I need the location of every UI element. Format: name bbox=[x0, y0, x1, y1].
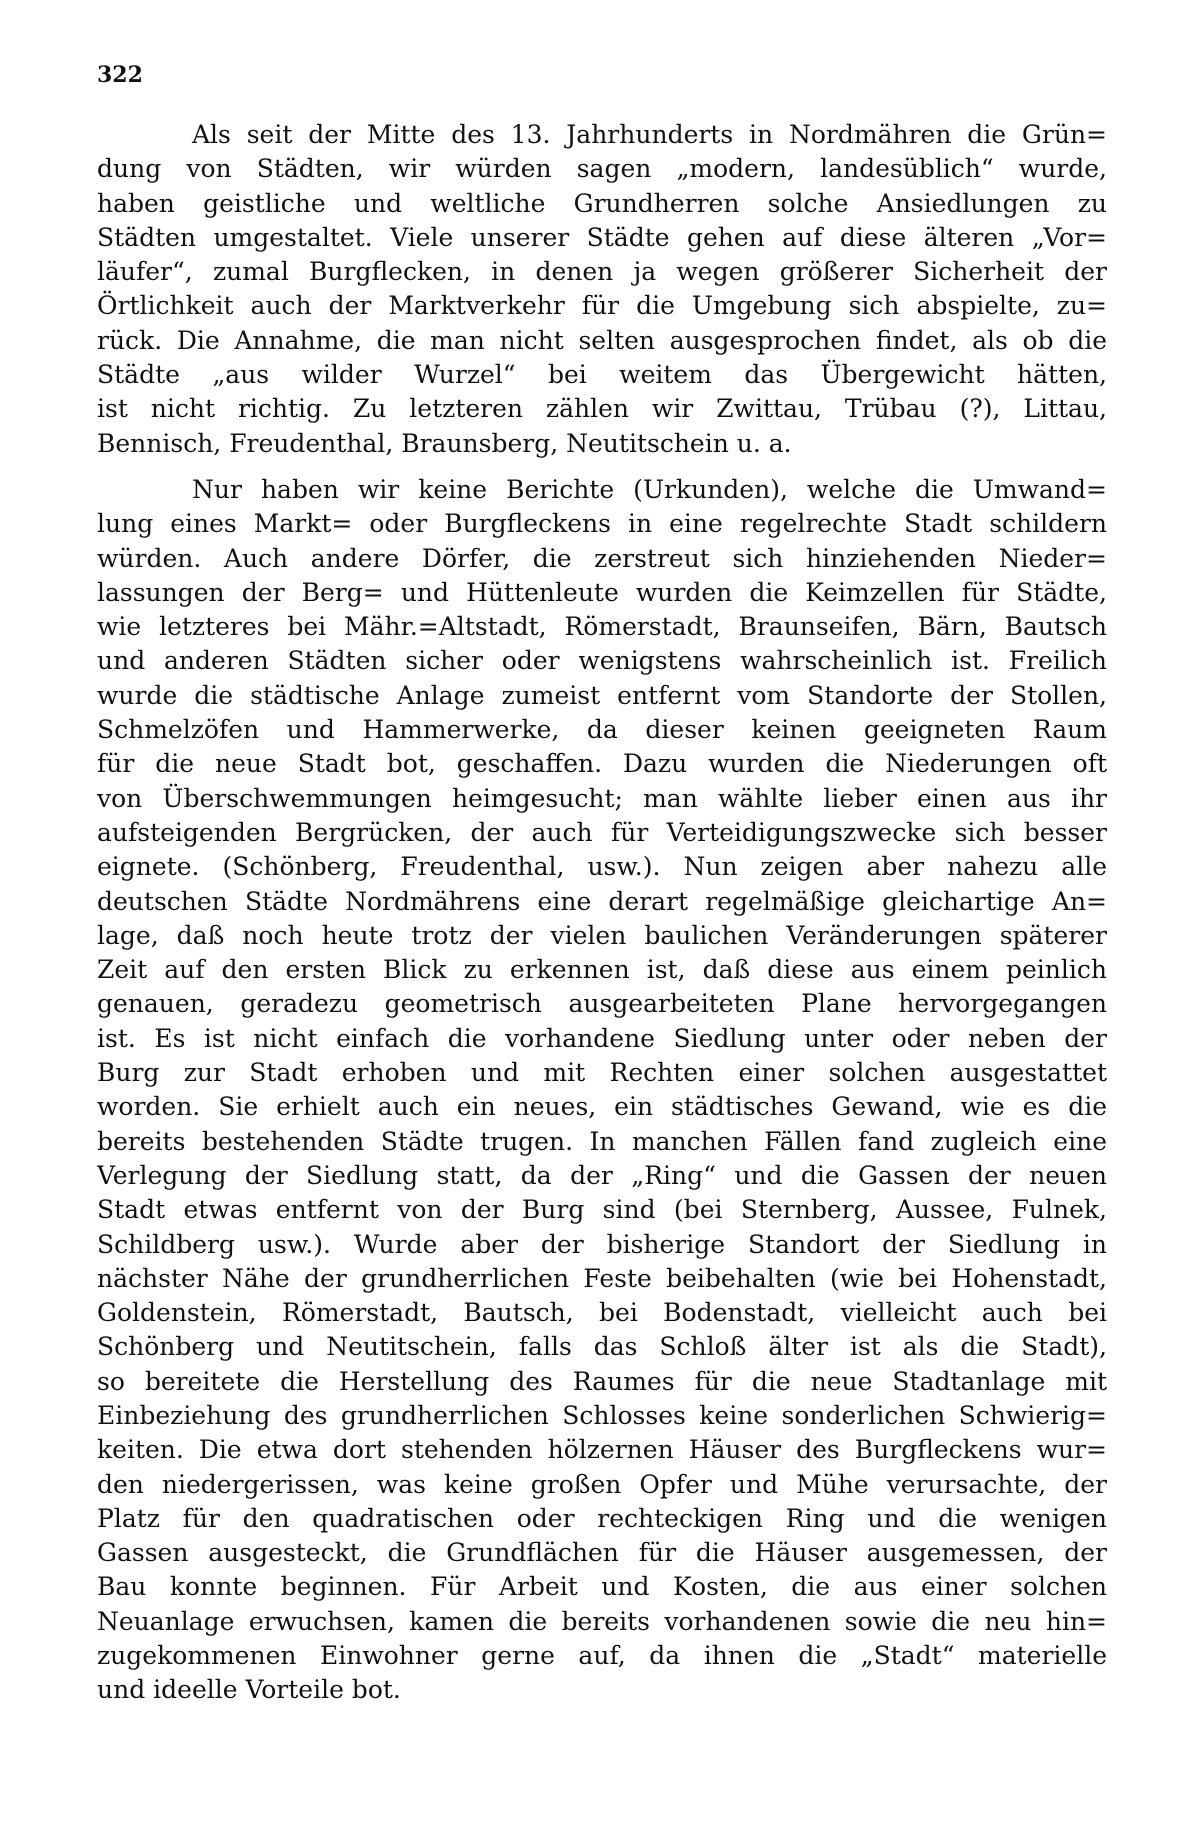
text-line: läufer“, zumal Burgflecken, in denen ja … bbox=[97, 255, 1107, 289]
text-line: Stadt etwas entfernt von der Burg sind (… bbox=[97, 1193, 1107, 1227]
text-line: genauen, geradezu geometrisch ausgearbei… bbox=[97, 987, 1107, 1021]
text-line: wurde die städtische Anlage zumeist entf… bbox=[97, 679, 1107, 713]
text-line: Neuanlage erwuchsen, kamen die bereits v… bbox=[97, 1605, 1107, 1639]
text-line: so bereitete die Herstellung des Raumes … bbox=[97, 1365, 1107, 1399]
text-line: rück. Die Annahme, die man nicht selten … bbox=[97, 324, 1107, 358]
text-line: Zeit auf den ersten Blick zu erkennen is… bbox=[97, 953, 1107, 987]
text-line: lage, daß noch heute trotz der vielen ba… bbox=[97, 919, 1107, 953]
text-line: bereits bestehenden Städte trugen. In ma… bbox=[97, 1125, 1107, 1159]
text-line: Städten umgestaltet. Viele unserer Städt… bbox=[97, 221, 1107, 255]
text-line: haben geistliche und weltliche Grundherr… bbox=[97, 187, 1107, 221]
text-line: wie letzteres bei Mähr.=Altstadt, Römers… bbox=[97, 610, 1107, 644]
text-line: Örtlichkeit auch der Marktverkehr für di… bbox=[97, 289, 1107, 323]
text-line: nächster Nähe der grundherrlichen Feste … bbox=[97, 1262, 1107, 1296]
text-line: deutschen Städte Nordmährens eine derart… bbox=[97, 885, 1107, 919]
text-line: Schmelzöfen und Hammerwerke, da dieser k… bbox=[97, 713, 1107, 747]
body-text: Als seit der Mitte des 13. Jahrhunderts … bbox=[97, 118, 1107, 1708]
paragraph: Als seit der Mitte des 13. Jahrhunderts … bbox=[97, 118, 1107, 461]
text-line: aufsteigenden Bergrücken, der auch für V… bbox=[97, 816, 1107, 850]
text-line: ist. Es ist nicht einfach die vorhandene… bbox=[97, 1022, 1107, 1056]
text-line: ist nicht richtig. Zu letzteren zählen w… bbox=[97, 392, 1107, 426]
text-line: Einbeziehung des grundherrlichen Schloss… bbox=[97, 1399, 1107, 1433]
text-line: eignete. (Schönberg, Freudenthal, usw.).… bbox=[97, 850, 1107, 884]
text-line: den niedergerissen, was keine großen Opf… bbox=[97, 1468, 1107, 1502]
text-line: lung eines Markt= oder Burgfleckens in e… bbox=[97, 507, 1107, 541]
text-line: Platz für den quadratischen oder rechtec… bbox=[97, 1502, 1107, 1536]
text-line: Bau konnte beginnen. Für Arbeit und Kost… bbox=[97, 1570, 1107, 1604]
text-line: Burg zur Stadt erhoben und mit Rechten e… bbox=[97, 1056, 1107, 1090]
text-line: Schildberg usw.). Wurde aber der bisheri… bbox=[97, 1228, 1107, 1262]
text-line: Nur haben wir keine Berichte (Urkunden),… bbox=[97, 473, 1107, 507]
text-line: von Überschwemmungen heimgesucht; man wä… bbox=[97, 782, 1107, 816]
text-line: Gassen ausgesteckt, die Grundflächen für… bbox=[97, 1536, 1107, 1570]
text-line: zugekommenen Einwohner gerne auf, da ihn… bbox=[97, 1639, 1107, 1673]
paragraph: Nur haben wir keine Berichte (Urkunden),… bbox=[97, 473, 1107, 1708]
text-line: würden. Auch andere Dörfer, die zerstreu… bbox=[97, 542, 1107, 576]
text-line: Schönberg und Neutitschein, falls das Sc… bbox=[97, 1330, 1107, 1364]
page-number: 322 bbox=[97, 62, 143, 88]
text-line: Städte „aus wilder Wurzel“ bei weitem da… bbox=[97, 358, 1107, 392]
text-line: lassungen der Berg= und Hüttenleute wurd… bbox=[97, 576, 1107, 610]
paragraph-gap bbox=[97, 461, 1107, 473]
document-page: 322 Als seit der Mitte des 13. Jahrhunde… bbox=[0, 0, 1200, 1829]
text-line: dung von Städten, wir würden sagen „mode… bbox=[97, 152, 1107, 186]
text-line: Goldenstein, Römerstadt, Bautsch, bei Bo… bbox=[97, 1296, 1107, 1330]
text-line: und anderen Städten sicher oder wenigste… bbox=[97, 644, 1107, 678]
text-line: Verlegung der Siedlung statt, da der „Ri… bbox=[97, 1159, 1107, 1193]
text-line: für die neue Stadt bot, geschaffen. Dazu… bbox=[97, 747, 1107, 781]
text-line: keiten. Die etwa dort stehenden hölzerne… bbox=[97, 1433, 1107, 1467]
text-line: worden. Sie erhielt auch ein neues, ein … bbox=[97, 1090, 1107, 1124]
text-line: Bennisch, Freudenthal, Braunsberg, Neuti… bbox=[97, 427, 1107, 461]
text-line: Als seit der Mitte des 13. Jahrhunderts … bbox=[97, 118, 1107, 152]
text-line: und ideelle Vorteile bot. bbox=[97, 1673, 1107, 1707]
